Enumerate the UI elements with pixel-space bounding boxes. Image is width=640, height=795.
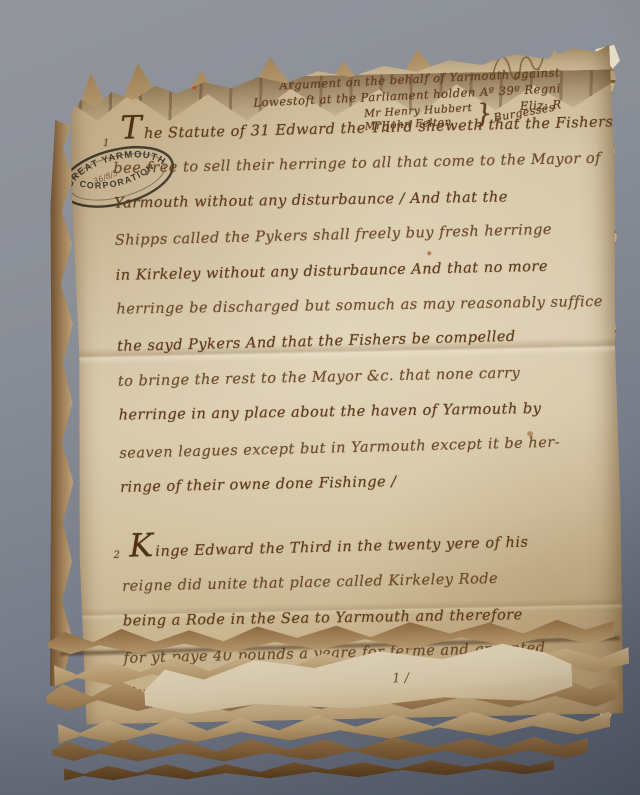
folio-number: 1 / — [392, 671, 409, 687]
paragraph-1: The Statute of 31 Edward the Third shewe… — [113, 116, 599, 515]
paper-bundle: Argument on the behalf of Yarmouth again… — [0, 0, 640, 795]
bottom-torn-page-stack: 1 / — [46, 616, 626, 792]
paragraph-number: 1 — [103, 138, 110, 149]
left-page-stack-edge — [50, 120, 76, 686]
manuscript-photo: Argument on the behalf of Yarmouth again… — [0, 0, 640, 795]
paragraph-number: 2 — [113, 550, 120, 561]
